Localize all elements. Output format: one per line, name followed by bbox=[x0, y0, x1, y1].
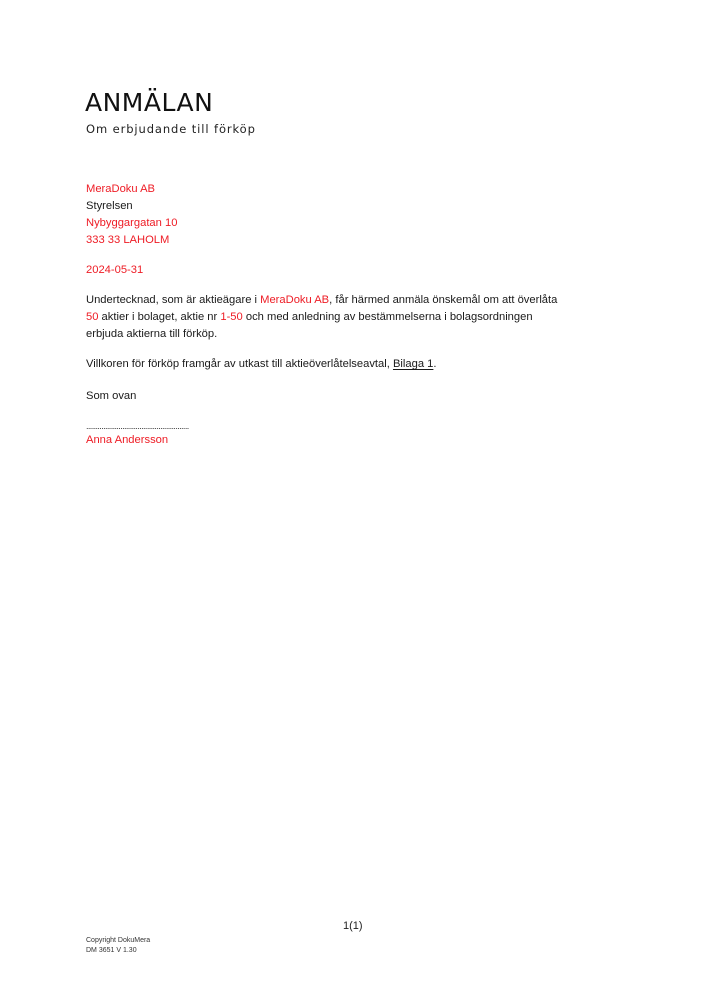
share-range-field: 1-50 bbox=[220, 311, 242, 323]
attachment-link[interactable]: Bilaga 1 bbox=[393, 358, 433, 370]
body-paragraph-2: Villkoren för förköp framgår av utkast t… bbox=[86, 356, 437, 373]
body-text: Undertecknad, som är aktieägare i bbox=[86, 294, 260, 306]
body-text: och med anledning av bestämmelserna i bo… bbox=[243, 311, 533, 323]
document-page: ANMÄLAN Om erbjudande till förköp MeraDo… bbox=[0, 0, 707, 1000]
share-count-field: 50 bbox=[86, 311, 98, 323]
body-text: , får härmed anmäla önskemål om att över… bbox=[329, 294, 557, 306]
document-title: ANMÄLAN bbox=[85, 88, 213, 118]
page-number: 1(1) bbox=[343, 920, 363, 932]
body-line-3: erbjuda aktierna till förköp. bbox=[86, 326, 557, 343]
recipient-postal: 333 33 LAHOLM bbox=[86, 232, 177, 249]
body-text: aktier i bolaget, aktie nr bbox=[98, 311, 220, 323]
document-subtitle: Om erbjudande till förköp bbox=[86, 121, 256, 137]
closing-block: Som ovan bbox=[86, 388, 136, 405]
footer-copyright: Copyright DokuMera bbox=[86, 936, 150, 946]
body-text: Villkoren för förköp framgår av utkast t… bbox=[86, 358, 393, 370]
body-company-field: MeraDoku AB bbox=[260, 294, 329, 306]
body-text: . bbox=[433, 358, 436, 370]
closing-text: Som ovan bbox=[86, 388, 136, 405]
signature-line: ........................................… bbox=[86, 420, 189, 432]
footer: Copyright DokuMera DM 3651 V 1.30 bbox=[86, 936, 150, 956]
document-date: 2024-05-31 bbox=[86, 262, 143, 279]
document-date-block: 2024-05-31 bbox=[86, 262, 143, 279]
signatory-name: Anna Andersson bbox=[86, 432, 189, 449]
recipient-company: MeraDoku AB bbox=[86, 181, 177, 198]
body-line-1: Undertecknad, som är aktieägare i MeraDo… bbox=[86, 292, 557, 309]
signature-block: ........................................… bbox=[86, 420, 189, 449]
recipient-street: Nybyggargatan 10 bbox=[86, 215, 177, 232]
body-line-2: 50 aktier i bolaget, aktie nr 1-50 och m… bbox=[86, 309, 557, 326]
recipient-address: MeraDoku AB Styrelsen Nybyggargatan 10 3… bbox=[86, 181, 177, 249]
footer-version: DM 3651 V 1.30 bbox=[86, 946, 150, 956]
recipient-department: Styrelsen bbox=[86, 198, 177, 215]
body-paragraph-1: Undertecknad, som är aktieägare i MeraDo… bbox=[86, 292, 557, 343]
